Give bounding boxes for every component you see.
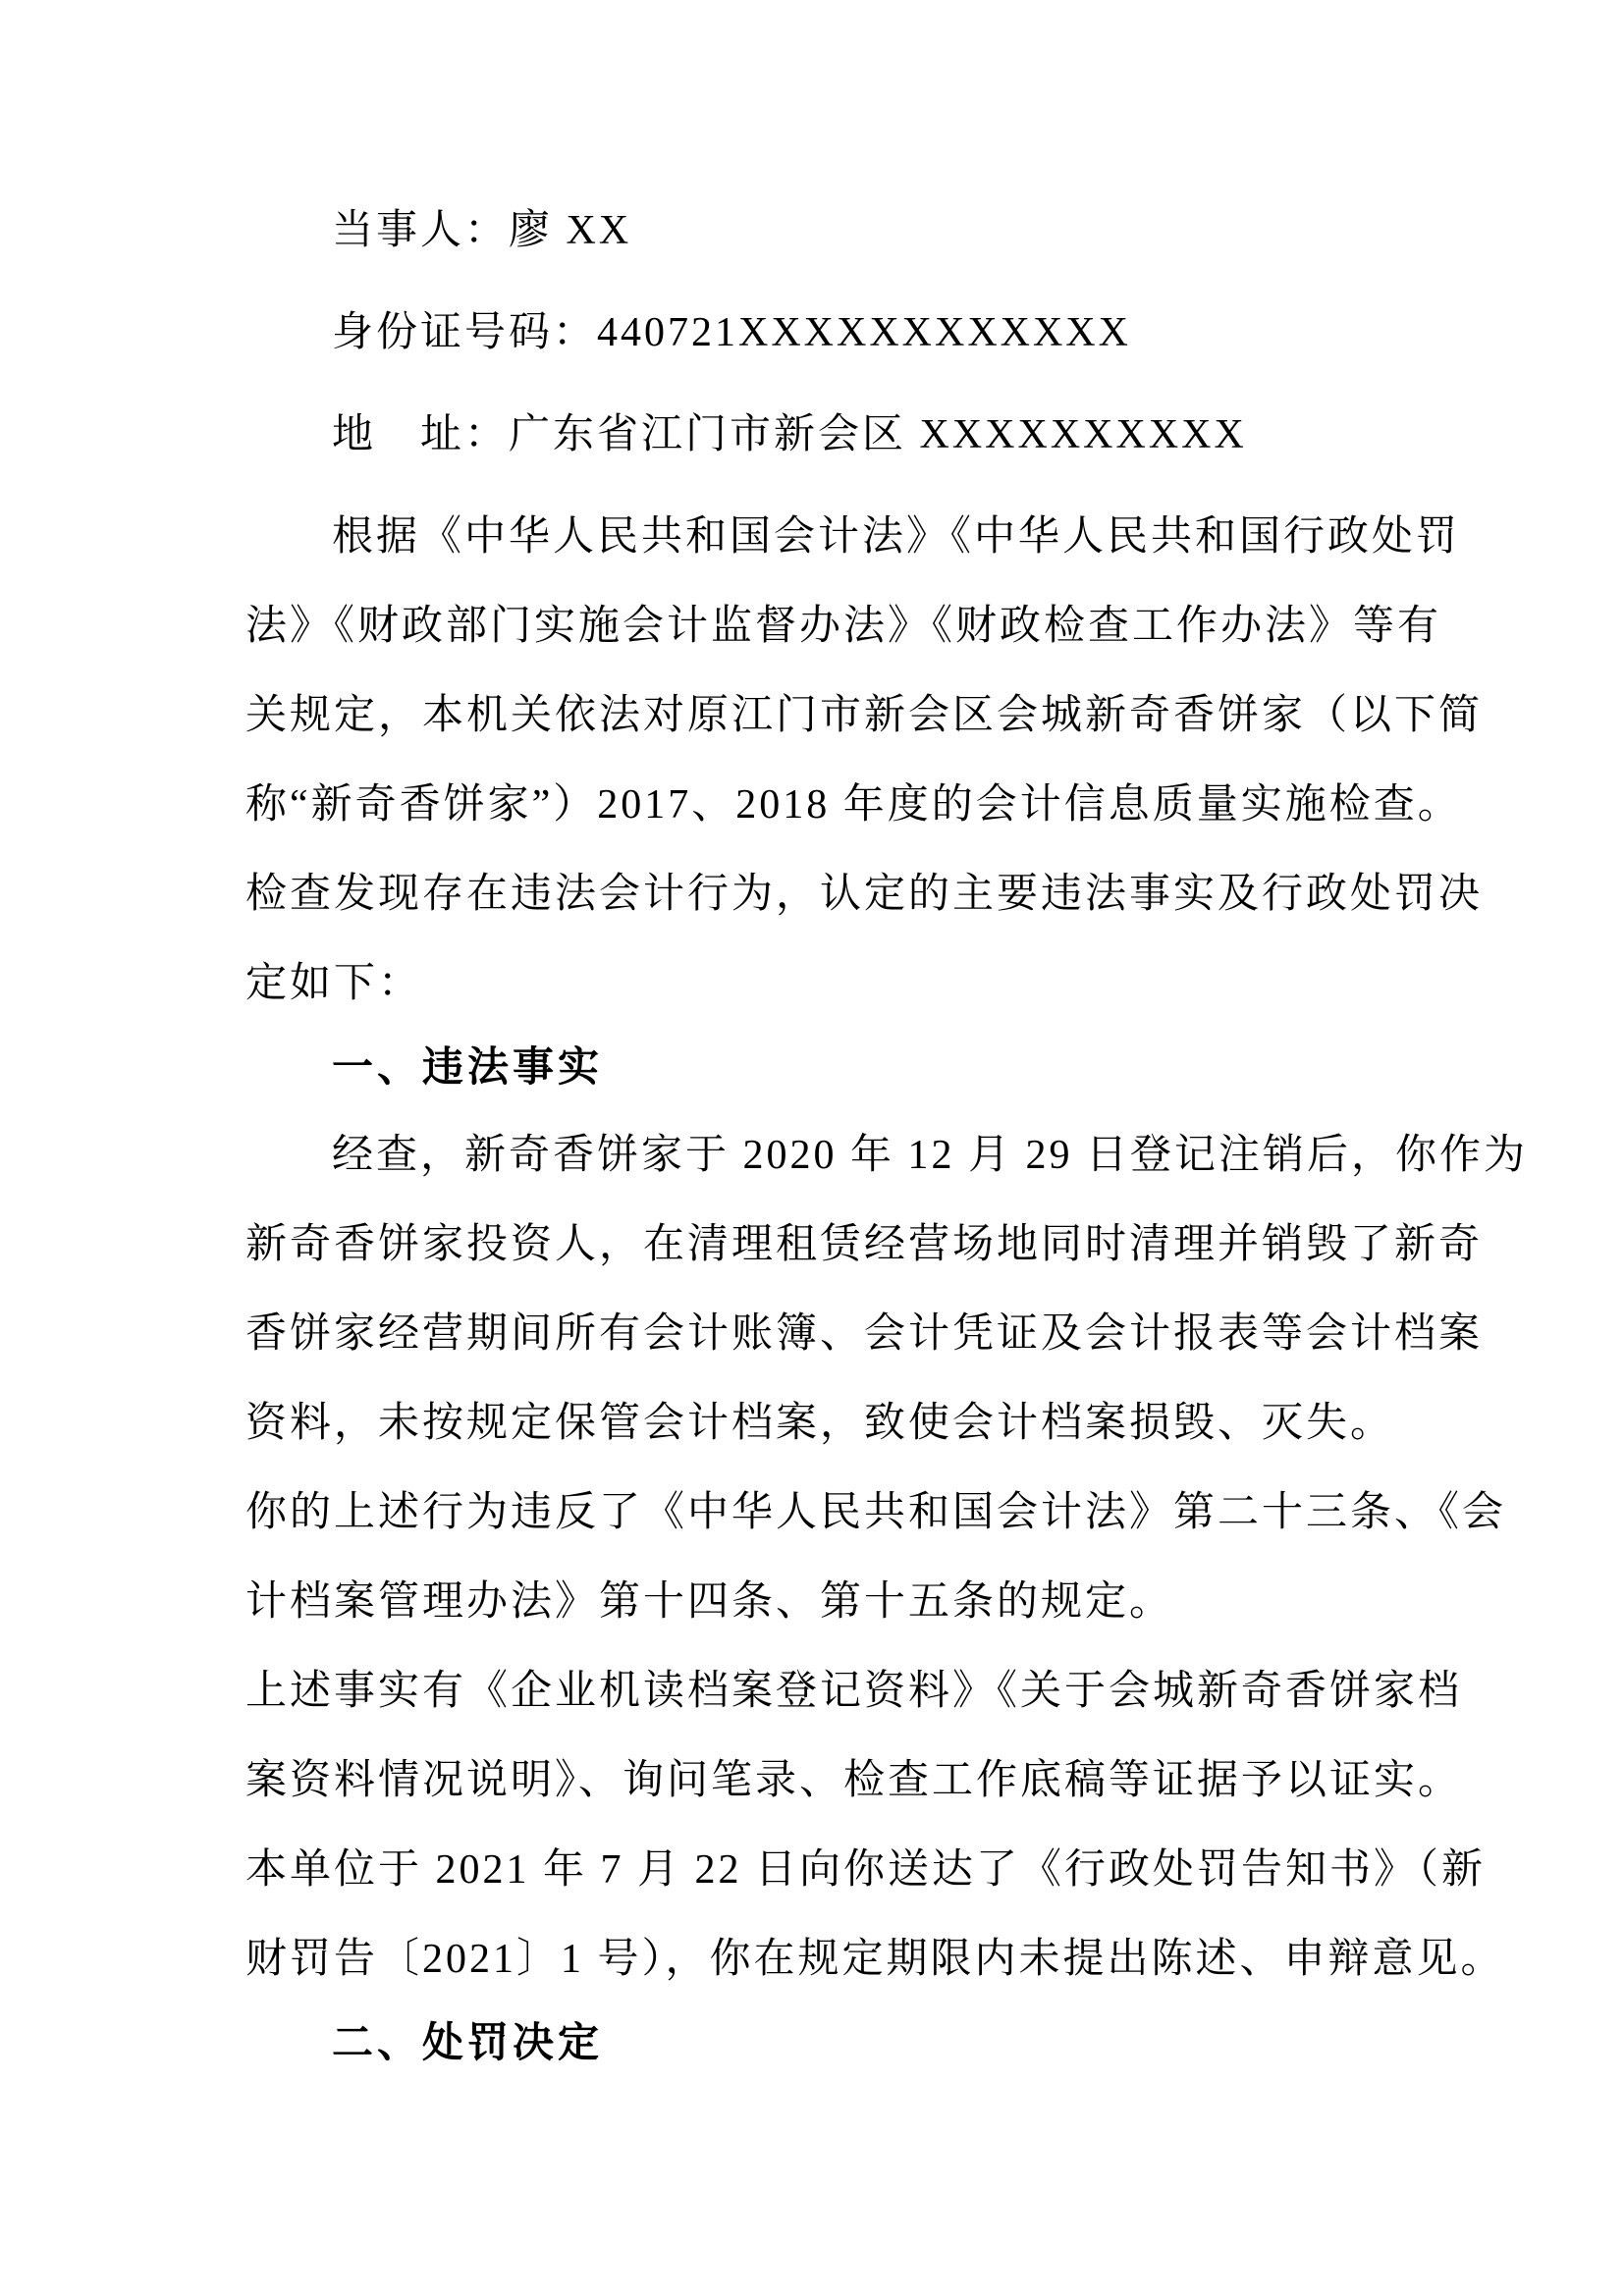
text-line: 新奇香饼家投资人，在清理租赁经营场地同时清理并销毁了新奇: [245, 1201, 1384, 1290]
paragraph: 身份证号码：440721XXXXXXXXXXXX: [245, 289, 1384, 378]
text-line: 你的上述行为违反了《中华人民共和国会计法》第二十三条、《会: [245, 1468, 1384, 1558]
paragraph: 经查，新奇香饼家于 2020 年 12 月 29 日登记注销后，你作为新奇香饼家…: [245, 1111, 1384, 1468]
text-line: 资料，未按规定保管会计档案，致使会计档案损毁、灭失。: [245, 1379, 1384, 1468]
text-line: 身份证号码：440721XXXXXXXXXXXX: [245, 289, 1384, 378]
text-line: 香饼家经营期间所有会计账簿、会计凭证及会计报表等会计档案: [245, 1290, 1384, 1379]
paragraph: 根据《中华人民共和国会计法》《中华人民共和国行政处罚法》《财政部门实施会计监督办…: [245, 493, 1384, 1029]
text-line: 定如下：: [245, 939, 1384, 1029]
text-line: 财罚告〔2021〕1 号），你在规定期限内未提出陈述、申辩意见。: [245, 1915, 1384, 2004]
text-line: 关规定，本机关依法对原江门市新会区会城新奇香饼家（以下简: [245, 671, 1384, 761]
section-heading-text: 二、处罚决定: [245, 1998, 1384, 2087]
text-line: 上述事实有《企业机读档案登记资料》《关于会城新奇香饼家档: [245, 1647, 1384, 1736]
paragraph: 上述事实有《企业机读档案登记资料》《关于会城新奇香饼家档案资料情况说明》、询问笔…: [245, 1647, 1384, 1826]
text-line: 案资料情况说明》、询问笔录、检查工作底稿等证据予以证实。: [245, 1736, 1384, 1826]
section-heading: 一、违法事实: [245, 1022, 1384, 1111]
section-heading-text: 一、违法事实: [245, 1022, 1384, 1111]
paragraph: 你的上述行为违反了《中华人民共和国会计法》第二十三条、《会计档案管理办法》第十四…: [245, 1468, 1384, 1647]
text-line: 称“新奇香饼家”）2017、2018 年度的会计信息质量实施检查。: [245, 761, 1384, 850]
text-line: 根据《中华人民共和国会计法》《中华人民共和国行政处罚: [245, 493, 1384, 582]
paragraph: 本单位于 2021 年 7 月 22 日向你送达了《行政处罚告知书》（新财罚告〔…: [245, 1826, 1384, 2004]
text-line: 本单位于 2021 年 7 月 22 日向你送达了《行政处罚告知书》（新: [245, 1826, 1384, 1915]
text-line: 地 址：广东省江门市新会区 XXXXXXXXXX: [245, 391, 1384, 480]
text-line: 当事人：廖 XX: [245, 187, 1384, 276]
document-body: 当事人：廖 XX身份证号码：440721XXXXXXXXXXXX地 址：广东省江…: [245, 187, 1384, 2087]
text-line: 计档案管理办法》第十四条、第十五条的规定。: [245, 1558, 1384, 1647]
document-page: 当事人：廖 XX身份证号码：440721XXXXXXXXXXXX地 址：广东省江…: [0, 0, 1624, 2296]
paragraph: 地 址：广东省江门市新会区 XXXXXXXXXX: [245, 391, 1384, 480]
section-heading: 二、处罚决定: [245, 1998, 1384, 2087]
text-line: 法》《财政部门实施会计监督办法》《财政检查工作办法》等有: [245, 582, 1384, 671]
text-line: 检查发现存在违法会计行为，认定的主要违法事实及行政处罚决: [245, 850, 1384, 939]
paragraph: 当事人：廖 XX: [245, 187, 1384, 276]
text-line: 经查，新奇香饼家于 2020 年 12 月 29 日登记注销后，你作为: [245, 1111, 1384, 1201]
